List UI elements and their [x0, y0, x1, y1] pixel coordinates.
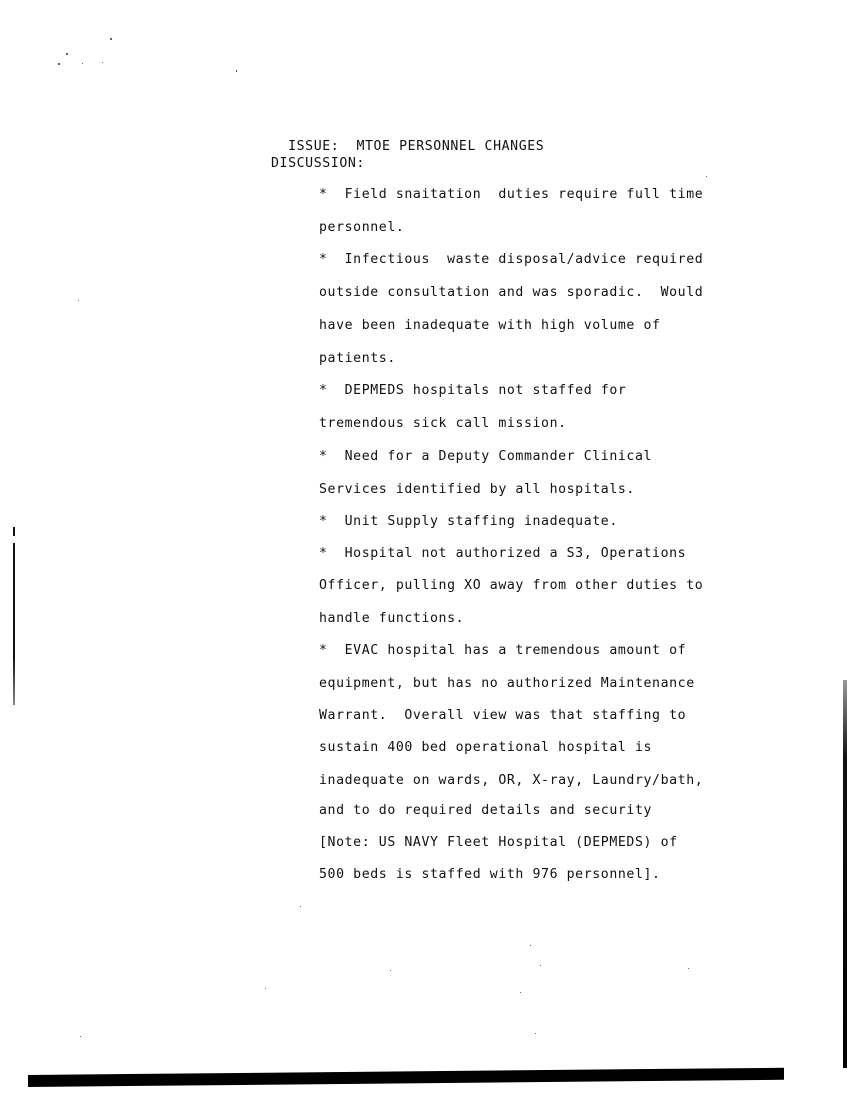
bullet-line: * DEPMEDS hospitals not staffed for — [319, 383, 626, 399]
bullet-line: * Unit Supply staffing inadequate. — [319, 514, 618, 530]
scan-speck — [265, 988, 266, 989]
text-line: equipment, but has no authorized Mainten… — [319, 676, 695, 692]
issue-heading: ISSUE: MTOE PERSONNEL CHANGES — [271, 123, 544, 155]
bullet-line: * Infectious waste disposal/advice requi… — [319, 252, 703, 268]
scan-speck — [535, 1033, 536, 1034]
scan-speck — [58, 63, 60, 65]
text-line: Warrant. Overall view was that staffing … — [319, 708, 686, 724]
bullet-line: * Hospital not authorized a S3, Operatio… — [319, 546, 686, 562]
scan-speck — [520, 992, 521, 993]
text-line: sustain 400 bed operational hospital is — [319, 740, 652, 756]
bullet-line: * Field snaitation duties require full t… — [319, 187, 703, 203]
scan-edge-left — [13, 543, 15, 705]
issue-title: MTOE PERSONNEL CHANGES — [356, 139, 544, 154]
text-line: Officer, pulling XO away from other duti… — [319, 578, 703, 594]
text-line: inadequate on wards, OR, X-ray, Laundry/… — [319, 773, 703, 789]
issue-label: ISSUE: — [288, 139, 339, 154]
text-line: outside consultation and was sporadic. W… — [319, 285, 703, 301]
scan-speck — [236, 70, 237, 72]
scan-edge-mark — [13, 527, 15, 536]
scan-speck — [110, 38, 112, 40]
scan-speck — [78, 300, 79, 301]
bullet-line: * Need for a Deputy Commander Clinical — [319, 449, 652, 465]
text-line: tremendous sick call mission. — [319, 416, 567, 432]
text-line: and to do required details and security — [319, 803, 652, 819]
scan-speck — [80, 1036, 81, 1037]
scan-speck — [706, 176, 707, 177]
text-line: handle functions. — [319, 611, 464, 627]
scan-edge-right — [843, 680, 847, 1068]
scan-speck — [300, 906, 301, 907]
text-line: Services identified by all hospitals. — [319, 482, 635, 498]
scan-speck — [66, 53, 68, 55]
scan-speck — [82, 63, 83, 64]
text-line: 500 beds is staffed with 976 personnel]. — [319, 867, 661, 883]
discussion-label: DISCUSSION: — [271, 156, 365, 172]
bullet-line: * EVAC hospital has a tremendous amount … — [319, 643, 686, 659]
scan-edge-bottom — [28, 1068, 784, 1087]
scan-speck — [540, 965, 541, 966]
scan-speck — [102, 62, 103, 63]
scan-speck — [688, 968, 689, 969]
text-line: personnel. — [319, 220, 404, 236]
text-line: have been inadequate with high volume of — [319, 318, 661, 334]
text-line: [Note: US NAVY Fleet Hospital (DEPMEDS) … — [319, 835, 678, 851]
scan-speck — [530, 945, 531, 946]
scan-speck — [390, 970, 391, 971]
text-line: patients. — [319, 351, 396, 367]
